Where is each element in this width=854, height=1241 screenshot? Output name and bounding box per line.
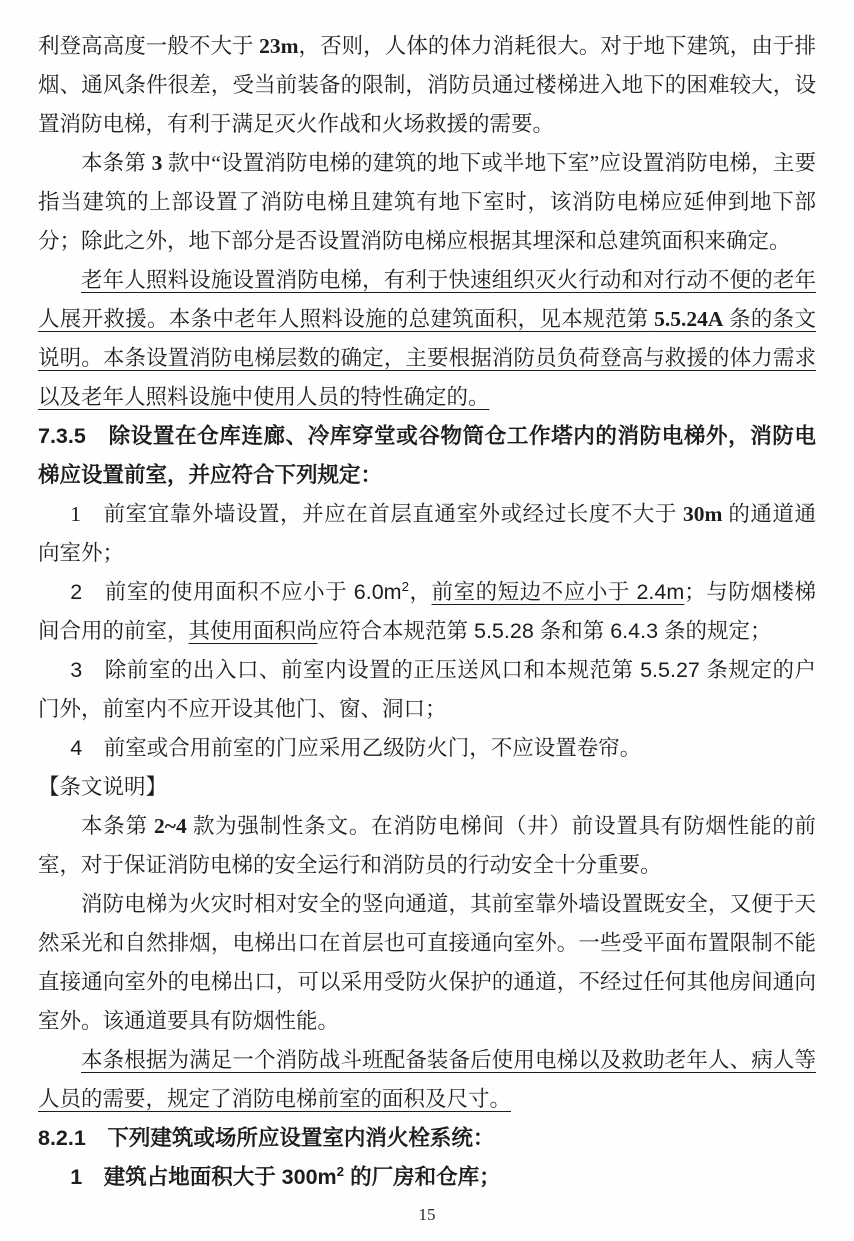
commentary-label: 【条文说明】 [38,768,816,807]
paragraph-continuation: 利登高高度一般不大于 23m，否则，人体的体力消耗很大。对于地下建筑，由于排烟、… [38,27,816,144]
clause-item-1: 1 前室宜靠外墙设置，并应在首层直通室外或经过长度不大于 30m 的通道通向室外… [38,495,816,573]
clause-8-2-1-item-1: 1 建筑占地面积大于 300m2 的厂房和仓库； [38,1158,816,1197]
document-body: 利登高高度一般不大于 23m，否则，人体的体力消耗很大。对于地下建筑，由于排烟、… [38,27,816,1197]
clause-item-4: 4 前室或合用前室的门应采用乙级防火门，不应设置卷帘。 [38,729,816,768]
clause-item-3: 3 除前室的出入口、前室内设置的正压送风口和本规范第 5.5.27 条规定的户门… [38,651,816,729]
clause-heading-8-2-1: 8.2.1 下列建筑或场所应设置室内消火栓系统： [38,1119,816,1158]
page-footer: 15 [0,1205,854,1225]
clause-heading-7-3-5: 7.3.5 除设置在仓库连廊、冷库穿堂或谷物筒仓工作塔内的消防电梯外，消防电梯应… [38,417,816,495]
commentary-revision-underlined: 本条根据为满足一个消防战斗班配备装备后使用电梯以及救助老年人、病人等人员的需要，… [38,1041,816,1119]
paragraph-revision-underlined: 老年人照料设施设置消防电梯，有利于快速组织灭火行动和对行动不便的老年人展开救援。… [38,261,816,417]
clause-item-2: 2 前室的使用面积不应小于 6.0m2，前室的短边不应小于 2.4m；与防烟楼梯… [38,573,816,651]
document-page: 利登高高度一般不大于 23m，否则，人体的体力消耗很大。对于地下建筑，由于排烟、… [0,0,854,1241]
paragraph-explanation: 本条第 3 款中“设置消防电梯的建筑的地下或半地下室”应设置消防电梯，主要指当建… [38,144,816,261]
commentary-paragraph-2: 消防电梯为火灾时相对安全的竖向通道，其前室靠外墙设置既安全，又便于天然采光和自然… [38,885,816,1041]
page-number: 15 [419,1205,436,1224]
commentary-paragraph-1: 本条第 2~4 款为强制性条文。在消防电梯间（井）前设置具有防烟性能的前室，对于… [38,807,816,885]
